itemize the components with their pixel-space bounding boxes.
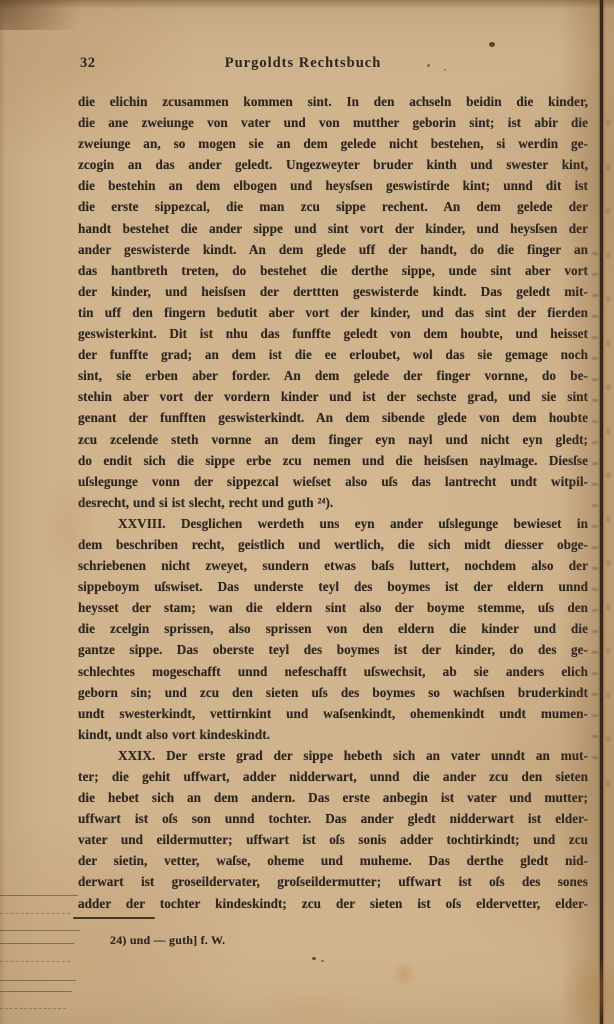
text-line: kindt, undt also vort kindeskindt. — [78, 724, 588, 745]
paper-stain — [40, 470, 100, 590]
text-line: XXVIII. Desglichen werdeth uns eyn ander… — [78, 513, 588, 534]
text-line: uſslegunge vonn der sippezcal wieſset al… — [78, 471, 588, 492]
text-line: die zcelgin sprissen, also sprissen von … — [78, 618, 588, 639]
text-line: schlechtes mogeschafft unnd nefeschafft … — [78, 661, 588, 682]
show-through-line — [0, 930, 80, 931]
text-line: sint, sie erben aber forder. An dem gele… — [78, 365, 588, 386]
show-through-line — [0, 895, 78, 896]
text-line: ander geswisterde kindt. An dem glede uf… — [78, 239, 588, 260]
show-through-line — [0, 943, 74, 944]
text-line: sippeboym uſswiset. Das underste teyl de… — [78, 576, 588, 597]
text-line: vater und eildermutter; uffwart ist oſs … — [78, 829, 588, 850]
show-through-line — [0, 961, 70, 962]
text-line: dem beschriben recht, geistlich und wert… — [78, 534, 588, 555]
text-line: heysset der stam; wan die eldern sint al… — [78, 597, 588, 618]
text-line: zweiunge an, so mogen sie an dem gelede … — [78, 133, 588, 154]
paper-speck — [321, 960, 324, 962]
footnote: 24) und — guth] f. W. — [110, 933, 570, 948]
paper-stain — [250, 988, 370, 1024]
text-line: der kinder, und heisſsen der derttten ge… — [78, 281, 588, 302]
text-line: stehin aber vort der vordern kinder und … — [78, 386, 588, 407]
footnote-marker: 24) — [110, 933, 127, 947]
text-line: das hantbreth treten, do bestehet die de… — [78, 260, 588, 281]
paper-speck — [427, 64, 430, 67]
text-line: do endit sich die sippe erbe zcu nemen u… — [78, 450, 588, 471]
text-line: schriebenen nicht zweyet, sundern etwas … — [78, 555, 588, 576]
text-line: geswisterkint. Dit ist nhu das funffte g… — [78, 323, 588, 344]
text-line: gantze sippe. Das oberste teyl des boyme… — [78, 639, 588, 660]
running-title: Purgoldts Rechtsbuch — [78, 55, 528, 72]
page-edge-bleed-marks — [606, 120, 610, 820]
text-line: die hebet sich an dem andern. Das erste … — [78, 787, 588, 808]
paper-speck — [444, 69, 446, 71]
text-line: die bestehin an dem elbogen und heysſsen… — [78, 175, 588, 196]
text-block: die elichin zcusammen kommen sint. In de… — [78, 91, 588, 914]
text-line: tin uff den fingern bedutit aber vort de… — [78, 302, 588, 323]
text-line: uffwart ist oſs son unnd tochter. Das an… — [78, 808, 588, 829]
text-line: XXIX. Der erste grad der sippe hebeth si… — [78, 745, 588, 766]
text-line: genant der funfften geswisterkindt. An d… — [78, 407, 588, 428]
book-page: 32 Purgoldts Rechtsbuch die elichin zcus… — [0, 0, 614, 1024]
text-line: undt swesterkindt, vettirnkint und waſse… — [78, 703, 588, 724]
text-line: desrecht, und si ist slecht, recht und g… — [78, 492, 588, 513]
show-through-line — [0, 1008, 66, 1009]
text-line: der funffte grad; an dem ist die ee erlo… — [78, 344, 588, 365]
text-line: ter; die gehit uffwart, adder nidderwart… — [78, 766, 588, 787]
show-through-line — [0, 980, 76, 981]
text-line: derwart ist groseildervater, groſseilder… — [78, 871, 588, 892]
show-through-line — [0, 991, 72, 992]
text-line: die ane zweiunge von vater und von mutth… — [78, 112, 588, 133]
paper-speck — [489, 42, 495, 47]
text-line: zcu zcelende steth vornne an dem finger … — [78, 429, 588, 450]
text-line: handt bestehet die ander sippe und sint … — [78, 218, 588, 239]
text-line: geborn sin; und zcu den sieten uſs des b… — [78, 682, 588, 703]
show-through-line — [0, 913, 70, 914]
page-header: 32 Purgoldts Rechtsbuch — [78, 55, 588, 75]
paper-speck — [312, 957, 316, 960]
text-line: zcogin an das ander geledt. Ungezweyter … — [78, 154, 588, 175]
text-line: der sietin, vetter, waſse, oheme und muh… — [78, 850, 588, 871]
paper-stain — [390, 962, 418, 986]
text-line: adder der tochter kindeskindt; zcu der s… — [78, 893, 588, 914]
page-right-edge-line — [600, 0, 603, 1024]
text-line: die erste sippezcal, die man zcu sippe r… — [78, 196, 588, 217]
footnote-text: und — guth] f. W. — [130, 933, 225, 947]
page-bleed-through-marks — [592, 252, 598, 762]
text-line: die elichin zcusammen kommen sint. In de… — [78, 91, 588, 112]
